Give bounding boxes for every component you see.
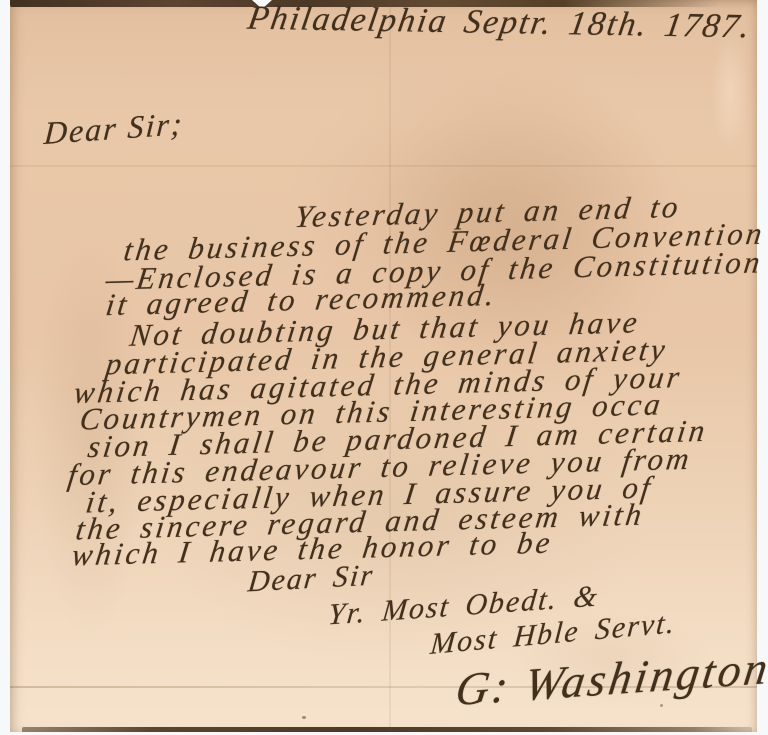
paper-bottom-torn-edge	[22, 727, 752, 732]
ink-speck	[302, 716, 306, 719]
dateline: Philadelphia Septr. 18th. 1787.	[245, 0, 754, 46]
horizontal-fold-crease	[10, 165, 757, 167]
scanned-letter-page: Philadelphia Septr. 18th. 1787. Dear Sir…	[0, 0, 768, 735]
ink-speck	[660, 704, 663, 707]
letter-paper: Philadelphia Septr. 18th. 1787. Dear Sir…	[10, 0, 757, 732]
salutation: Dear Sir;	[43, 105, 185, 152]
closing-line: Dear Sir	[246, 559, 376, 600]
